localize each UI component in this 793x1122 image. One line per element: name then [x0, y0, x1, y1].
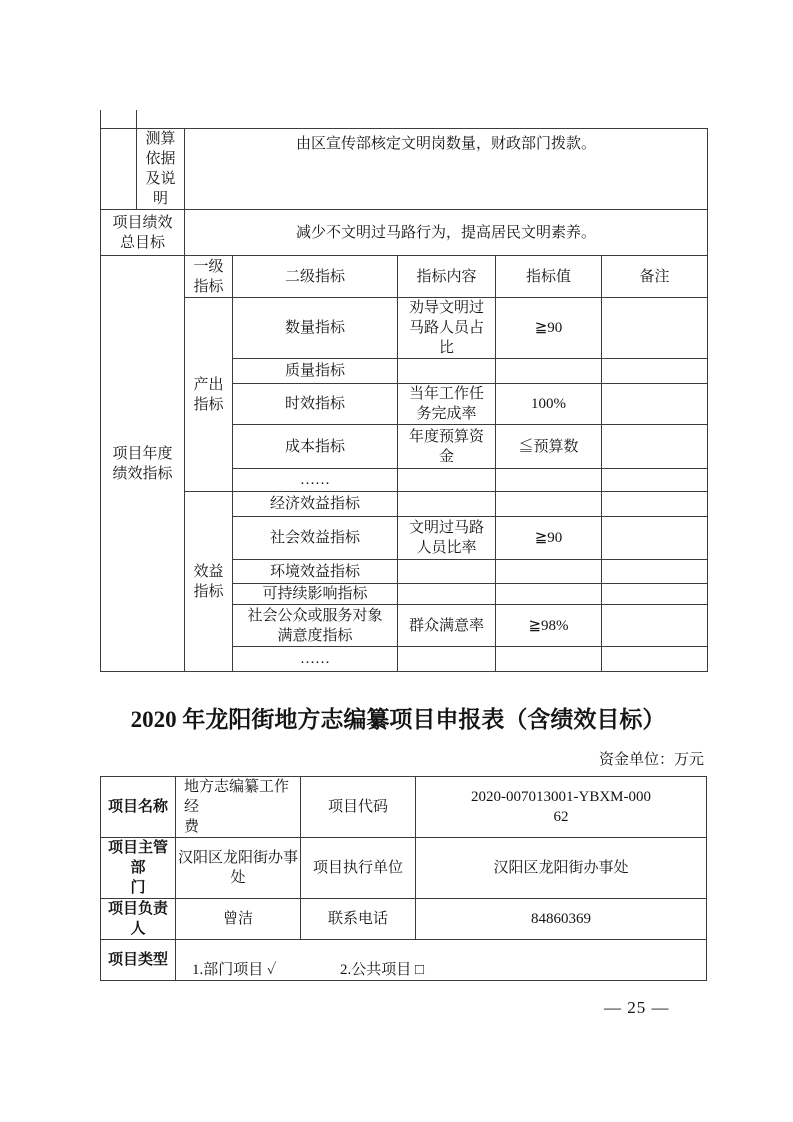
- indicator-content: 年度预算资 金: [398, 425, 496, 469]
- executing-unit-label: 项目执行单位: [301, 838, 416, 899]
- row-calc-basis: 测算 依据 及说 明 由区宣传部核定文明岗数量，财政部门拨款。: [101, 129, 708, 210]
- cell-continued-empty: [101, 129, 137, 210]
- indicator-note: [602, 584, 708, 605]
- row-overall-goal: 项目绩效 总目标 减少不文明过马路行为，提高居民文明素养。: [101, 210, 708, 256]
- supervisor-dept-label: 项目主管部 门: [101, 838, 176, 899]
- indicator-content: [398, 469, 496, 492]
- indicator-name: 时效指标: [233, 384, 398, 425]
- indicator-note: [602, 560, 708, 584]
- project-name-label: 项目名称: [101, 777, 176, 838]
- indicator-value: [496, 560, 602, 584]
- indicator-name: 经济效益指标: [233, 492, 398, 517]
- row-indicator-header: 项目年度 绩效指标 一级 指标 二级指标 指标内容 指标值 备注: [101, 256, 708, 298]
- indicator-content: [398, 492, 496, 517]
- document-title: 2020 年龙阳街地方志编纂项目申报表（含绩效目标）: [90, 703, 706, 737]
- header-note: 备注: [602, 256, 708, 298]
- header-value: 指标值: [496, 256, 602, 298]
- benefit-group-label: 效益 指标: [185, 492, 233, 672]
- indicator-value: ≦预算数: [496, 425, 602, 469]
- document-page: 测算 依据 及说 明 由区宣传部核定文明岗数量，财政部门拨款。 项目绩效 总目标…: [0, 0, 793, 1122]
- currency-unit-note: 资金单位：万元: [100, 750, 704, 770]
- phone-label: 联系电话: [301, 899, 416, 940]
- indicator-value: ≧90: [496, 298, 602, 359]
- indicator-name: 可持续影响指标: [233, 584, 398, 605]
- indicator-note: [602, 425, 708, 469]
- indicator-note: [602, 359, 708, 384]
- indicator-note: [602, 605, 708, 647]
- output-group-label: 产出 指标: [185, 298, 233, 492]
- header-level2: 二级指标: [233, 256, 398, 298]
- project-type-options: 1.部门项目 ✓2.公共项目 □: [176, 940, 707, 981]
- calc-basis-content: 由区宣传部核定文明岗数量，财政部门拨款。: [185, 129, 708, 210]
- indicator-content: 劝导文明过 马路人员占 比: [398, 298, 496, 359]
- row-quantity: 产出 指标 数量指标 劝导文明过 马路人员占 比 ≧90: [101, 298, 708, 359]
- indicator-content: [398, 647, 496, 672]
- project-application-table: 项目名称 地方志编纂工作经 费 项目代码 2020-007013001-YBXM…: [100, 776, 707, 981]
- project-type-option-public: 2.公共项目 □: [340, 962, 424, 978]
- indicator-note: [602, 298, 708, 359]
- project-code-value: 2020-007013001-YBXM-000 62: [416, 777, 707, 838]
- indicator-value: [496, 469, 602, 492]
- indicator-note: [602, 384, 708, 425]
- indicator-note: [602, 469, 708, 492]
- performance-indicators-table: 测算 依据 及说 明 由区宣传部核定文明岗数量，财政部门拨款。 项目绩效 总目标…: [100, 128, 708, 672]
- indicator-name: ……: [233, 469, 398, 492]
- supervisor-dept-value: 汉阳区龙阳街办事 处: [176, 838, 301, 899]
- phone-value: 84860369: [416, 899, 707, 940]
- indicator-content: [398, 359, 496, 384]
- indicator-value: [496, 584, 602, 605]
- row-supervisor-dept: 项目主管部 门 汉阳区龙阳街办事 处 项目执行单位 汉阳区龙阳街办事处: [101, 838, 707, 899]
- indicator-value: [496, 492, 602, 517]
- indicator-value: [496, 647, 602, 672]
- indicator-name: 成本指标: [233, 425, 398, 469]
- indicator-value: [496, 359, 602, 384]
- header-level1: 一级 指标: [185, 256, 233, 298]
- header-content: 指标内容: [398, 256, 496, 298]
- annual-indicators-label: 项目年度 绩效指标: [101, 256, 185, 672]
- row-project-leader: 项目负责人 曾洁 联系电话 84860369: [101, 899, 707, 940]
- indicator-note: [602, 647, 708, 672]
- row-project-type: 项目类型 1.部门项目 ✓2.公共项目 □: [101, 940, 707, 981]
- indicator-name: 数量指标: [233, 298, 398, 359]
- indicator-note: [602, 492, 708, 517]
- row-project-name: 项目名称 地方志编纂工作经 费 项目代码 2020-007013001-YBXM…: [101, 777, 707, 838]
- indicator-content: 群众满意率: [398, 605, 496, 647]
- project-name-value: 地方志编纂工作经 费: [176, 777, 301, 838]
- indicator-content: [398, 584, 496, 605]
- row-economic: 效益 指标 经济效益指标: [101, 492, 708, 517]
- indicator-content: 文明过马路 人员比率: [398, 517, 496, 560]
- project-code-label: 项目代码: [301, 777, 416, 838]
- indicator-content: [398, 560, 496, 584]
- overall-goal-content: 减少不文明过马路行为，提高居民文明素养。: [185, 210, 708, 256]
- executing-unit-value: 汉阳区龙阳街办事处: [416, 838, 707, 899]
- indicator-value: ≧90: [496, 517, 602, 560]
- indicator-content: 当年工作任 务完成率: [398, 384, 496, 425]
- calc-basis-label: 测算 依据 及说 明: [137, 129, 185, 210]
- indicator-name: ……: [233, 647, 398, 672]
- indicator-name: 社会公众或服务对象 满意度指标: [233, 605, 398, 647]
- indicator-name: 质量指标: [233, 359, 398, 384]
- project-leader-label: 项目负责人: [101, 899, 176, 940]
- overall-goal-label: 项目绩效 总目标: [101, 210, 185, 256]
- indicator-note: [602, 517, 708, 560]
- indicator-name: 社会效益指标: [233, 517, 398, 560]
- page-number: — 25 —: [604, 998, 670, 1018]
- project-leader-value: 曾洁: [176, 899, 301, 940]
- indicator-value: ≧98%: [496, 605, 602, 647]
- indicator-value: 100%: [496, 384, 602, 425]
- table-continuation-line-inner: [136, 110, 137, 129]
- project-type-label: 项目类型: [101, 940, 176, 981]
- indicator-name: 环境效益指标: [233, 560, 398, 584]
- project-type-option-department: 1.部门项目 ✓: [192, 960, 340, 980]
- table-continuation-line-left: [100, 110, 101, 129]
